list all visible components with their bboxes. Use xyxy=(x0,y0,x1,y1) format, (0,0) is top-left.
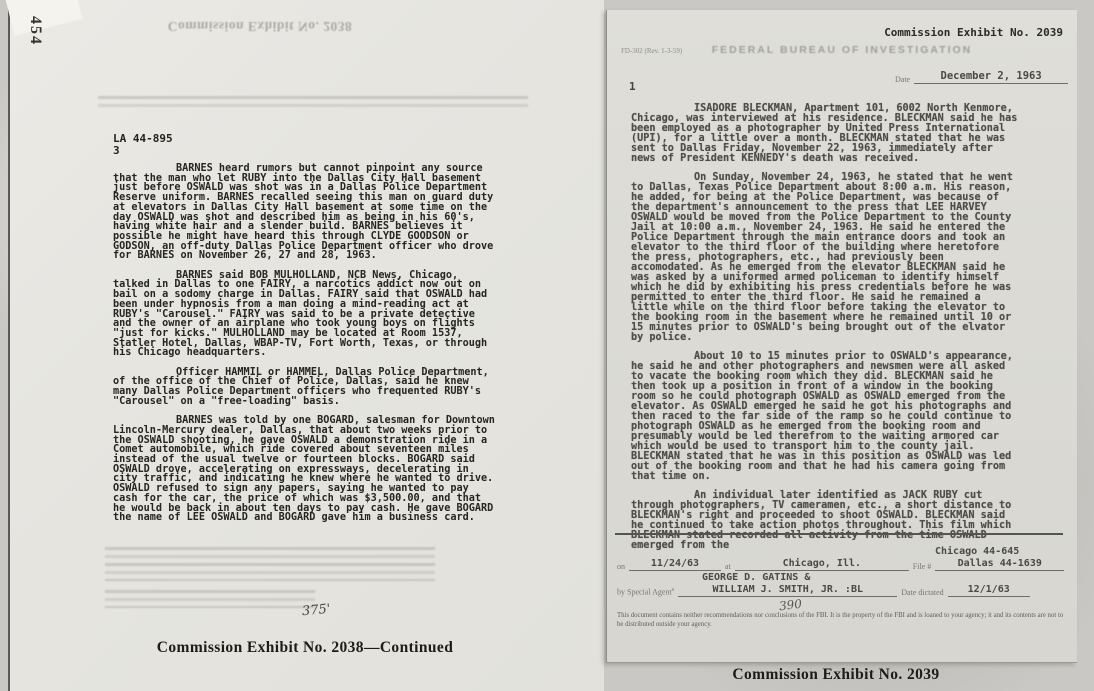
bleedthrough-smudge-top xyxy=(98,94,528,110)
file-number-line2: Dallas 44-1639 xyxy=(935,558,1064,571)
footer-divider-rule xyxy=(615,533,1063,535)
agents-plural-sup: s xyxy=(672,586,675,593)
date-dictated-value: 12/1/63 xyxy=(948,584,1030,597)
left-page-sheet: 454 Commission Exhibit No. 2038 LA 44-89… xyxy=(8,0,604,691)
date-label: Date xyxy=(895,75,910,84)
page-number: 3 xyxy=(113,145,173,157)
bleedthrough-smudge-bottom xyxy=(105,545,435,581)
handwritten-note-left: 375' xyxy=(301,602,331,619)
right-page-sheet: Commission Exhibit No. 2039 FD-302 (Rev.… xyxy=(606,10,1077,663)
file-number-line1: Chicago 44-645 xyxy=(935,546,1019,557)
bleedthrough-exhibit-caption: Commission Exhibit No. 2038 xyxy=(90,18,430,34)
special-agents-row: by Special Agents WILLIAM J. SMITH, JR. … xyxy=(617,584,1030,597)
exhibit-number-typed-label: Commission Exhibit No. 2039 xyxy=(884,26,1063,39)
file-number-label: File # xyxy=(913,562,931,571)
at-label: at xyxy=(725,562,731,571)
bleedthrough-smudge-bottom2 xyxy=(105,588,315,608)
typed-report-body-left: BARNES heard rumors but cannot pinpoint … xyxy=(113,164,495,533)
special-agent-name-line1: GEORGE D. GATINS & xyxy=(702,572,810,583)
margin-page-number-stamp: 454 xyxy=(26,16,44,46)
form-page-number: 1 xyxy=(629,80,636,93)
scanned-document-page: 454 Commission Exhibit No. 2038 LA 44-89… xyxy=(0,0,1094,691)
paragraph: About 10 to 15 minutes prior to OSWALD's… xyxy=(631,352,1023,482)
date-value: December 2, 1963 xyxy=(914,70,1068,84)
form-disclaimer: This document contains neither recommend… xyxy=(617,612,1069,629)
paragraph: Officer HAMMIL or HAMMEL, Dallas Police … xyxy=(113,368,495,407)
exhibit-caption-right: Commission Exhibit No. 2039 xyxy=(636,666,1036,684)
date-field: Date December 2, 1963 xyxy=(895,70,1068,84)
interview-location-row: on 11/24/63 at Chicago, Ill. File # Dall… xyxy=(617,558,1064,571)
by-special-agent-label: by Special Agents xyxy=(617,586,674,597)
file-number: LA 44-895 xyxy=(113,133,173,145)
fbi-header: FEDERAL BUREAU OF INVESTIGATION xyxy=(607,44,1077,56)
on-label: on xyxy=(617,562,625,571)
special-agent-name-line2: WILLIAM J. SMITH, JR. :BL xyxy=(678,584,897,597)
paragraph: ISADORE BLECKMAN, Apartment 101, 6002 No… xyxy=(631,104,1023,164)
interview-place-value: Chicago, Ill. xyxy=(735,558,909,571)
interview-date-value: 11/24/63 xyxy=(629,558,721,571)
by-special-agent-text: by Special Agent xyxy=(617,588,672,597)
paragraph: On Sunday, November 24, 1963, he stated … xyxy=(631,173,1023,343)
paragraph: BARNES was told by one BOGARD, salesman … xyxy=(113,416,495,523)
paragraph: An individual later identified as JACK R… xyxy=(631,491,1023,551)
exhibit-caption-left: Commission Exhibit No. 2038—Continued xyxy=(105,639,505,657)
paragraph: BARNES said BOB MULHOLLAND, NCB News, Ch… xyxy=(113,271,495,358)
handwritten-note-right: 390 xyxy=(778,597,802,614)
typed-report-body-right: ISADORE BLECKMAN, Apartment 101, 6002 No… xyxy=(631,104,1023,560)
date-dictated-label: Date dictated xyxy=(901,588,943,597)
paragraph: BARNES heard rumors but cannot pinpoint … xyxy=(113,164,495,261)
document-heading: LA 44-895 3 xyxy=(113,133,173,157)
